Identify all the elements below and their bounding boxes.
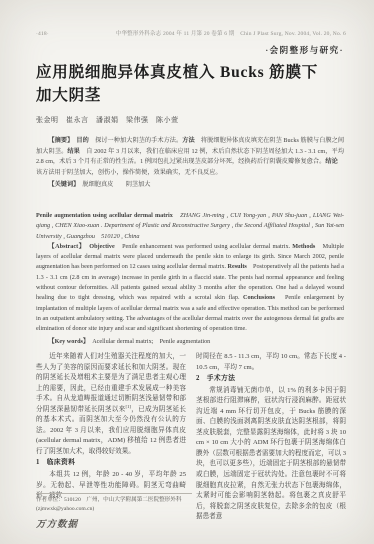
english-abstract: Penile augmentation using acellular derm…	[36, 211, 344, 347]
body-column-right: 时周径在 8.5 - 11.3 cm，平均 10 cm。常态下长度 4 - 10…	[196, 352, 346, 523]
english-title-authors: Penile augmentation using acellular derm…	[36, 211, 344, 242]
english-keywords: 【Key words】 Acellular dermal matrix; Pen…	[36, 337, 344, 347]
body-column-left: 近年来随着人们对生殖器关注程度的加大，一些人为了美容的原因而要求延长和加大阴茎。…	[36, 352, 186, 502]
page-header: ·418· 中华整形外科杂志 2004 年 11 月第 20 卷第 6 期 Ch…	[36, 29, 346, 37]
intro-paragraph: 近年来随着人们对生殖器关注程度的加大，一些人为了美容的原因而要求延长和加大阴茎。…	[36, 352, 186, 457]
article-title: 应用脱细胞异体真皮植入 Bucks 筋膜下 加大阴茎	[36, 61, 356, 107]
article-title-line-2: 加大阴茎	[36, 87, 101, 104]
clinical-data-continued: 时周径在 8.5 - 11.3 cm，平均 10 cm。常态下长度 4 - 10…	[196, 352, 346, 373]
section-1-heading: 1 临床资料	[36, 458, 186, 469]
english-abstract-body: 【Abstract】 Objective Penile enhancement …	[36, 242, 344, 335]
column-section-label: ·会阴整形与研究·	[265, 44, 344, 56]
author-affiliation-footnote: 作者单位：510120 广州，中山大学附属第二医院整形外科 (zjmwxk@ya…	[36, 493, 192, 514]
email-line: (zjmwxk@yahoo.com.cn)	[36, 505, 192, 514]
article-title-line-1: 应用脱细胞异体真皮植入 Bucks 筋膜下	[36, 64, 318, 81]
chinese-keywords: 【关键词】 脱细胞真皮 阴茎加大	[36, 180, 344, 191]
journal-page: ·418· 中华整形外科杂志 2004 年 11 月第 20 卷第 6 期 Ch…	[0, 0, 374, 544]
wanfang-data-watermark: 万方数据	[36, 516, 78, 530]
chinese-abstract: 【摘要】 目的 探讨一种加大阴茎的手术方法。方法 将脱细胞异体真皮填充在阴茎 B…	[36, 136, 344, 191]
affiliation-line: 作者单位：510120 广州，中山大学附属第二医院整形外科	[36, 496, 192, 505]
author-list: 张金明 崔永言 潘淑娟 梁伟强 陈小萱	[36, 115, 179, 125]
surgical-method-paragraph: 常规消毒铺无菌巾单，以 1% 的利多卡因于阴茎根部进行阻滞麻醉，冠状沟行浸润麻醉…	[196, 386, 346, 523]
section-2-heading: 2 手术方法	[196, 374, 346, 385]
journal-citation: 中华整形外科杂志 2004 年 11 月第 20 卷第 6 期 Chin J P…	[49, 29, 346, 37]
chinese-abstract-body: 【摘要】 目的 探讨一种加大阴茎的手术方法。方法 将脱细胞异体真皮填充在阴茎 B…	[36, 136, 344, 178]
page-number: ·418·	[36, 31, 49, 37]
